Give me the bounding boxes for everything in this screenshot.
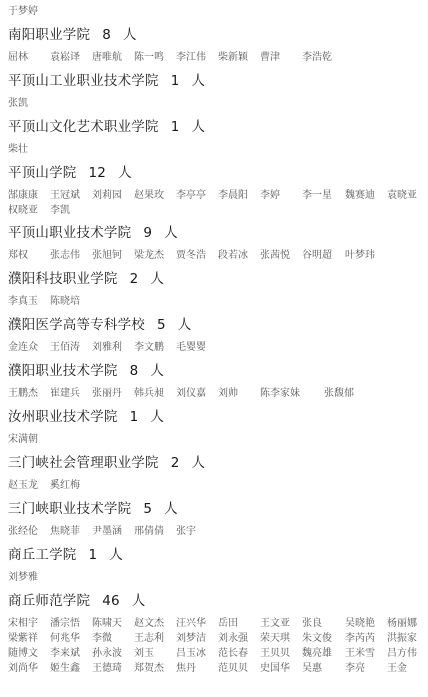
person-name: 张凯 <box>8 96 28 112</box>
student-count: 12 <box>89 163 107 183</box>
school-heading: 平顶山学院12人 <box>8 163 428 183</box>
person-name: 奚红梅 <box>50 478 80 494</box>
school-section: 平顶山文化艺术职业学院1人柴壮 <box>0 117 428 158</box>
person-name: 于梦婷 <box>8 4 38 20</box>
person-name: 王贝贝 <box>260 646 290 662</box>
person-name: 张馥郁 <box>324 386 354 402</box>
count-unit: 人 <box>178 315 192 335</box>
school-section: 平顶山学院12人郜康康王冠斌刘莉园赵果玫李亭亭李晨阳李婷李一星魏赛迪袁晓亚权晓亚… <box>0 163 428 218</box>
count-unit: 人 <box>150 407 164 427</box>
name-list: 刘梦雅 <box>8 570 428 586</box>
school-name: 濮阳职业技术学院 <box>8 363 118 379</box>
student-count: 8 <box>130 361 139 381</box>
person-name: 张茜悦 <box>260 248 290 264</box>
person-name: 宋相宇 <box>8 616 38 632</box>
person-name: 邢倩倩 <box>134 524 164 540</box>
school-heading: 汝州职业技术学院1人 <box>8 407 428 427</box>
person-name: 刘雅利 <box>92 340 122 356</box>
person-name: 刘莉园 <box>92 188 122 204</box>
person-name: 吕方伟 <box>387 646 417 662</box>
student-count: 2 <box>171 453 180 473</box>
school-heading: 濮阳科技职业学院2人 <box>8 269 428 289</box>
name-list: 王鹏杰崔建兵张丽丹韩兵昶刘仪嘉刘帅陈李家妹张馥郁 <box>8 386 428 402</box>
count-unit: 人 <box>150 361 164 381</box>
person-name: 赵玉龙 <box>8 478 38 494</box>
school-section: 三门峡社会管理职业学院2人赵玉龙奚红梅 <box>0 453 428 494</box>
person-name: 陈李家妹 <box>260 386 300 402</box>
school-section: 汝州职业技术学院1人宋满朝 <box>0 407 428 448</box>
name-list: 张经伦焦晓菲尹墨涵邢倩倩张宇 <box>8 524 428 540</box>
school-section: 濮阳医学高等专科学校5人金连众王佰涛刘雅利李文鹏毛婴婴 <box>0 315 428 356</box>
person-name: 郑贺杰 <box>134 661 164 677</box>
person-name: 张志伟 <box>50 248 80 264</box>
school-name: 濮阳医学高等专科学校 <box>8 317 145 333</box>
name-row: 李真玉陈晓培 <box>8 294 428 310</box>
school-heading: 濮阳职业技术学院8人 <box>8 361 428 381</box>
school-heading: 南阳职业学院8人 <box>8 25 428 45</box>
name-row: 赵玉龙奚红梅 <box>8 478 428 494</box>
person-name: 刘尚华 <box>8 661 38 677</box>
person-name: 范贝贝 <box>218 661 248 677</box>
person-name: 王米雪 <box>345 646 375 662</box>
school-name: 平顶山工业职业技术学院 <box>8 73 159 89</box>
name-row: 刘梦雅 <box>8 570 428 586</box>
person-name: 赵果玫 <box>134 188 164 204</box>
person-name: 张丽丹 <box>92 386 122 402</box>
name-row: 刘尚华姬生鑫王德琦郑贺杰焦丹范贝贝史国华吴惠李亮王金 <box>8 661 428 676</box>
person-name: 唐唯航 <box>92 50 122 66</box>
person-name: 李微 <box>92 631 112 647</box>
person-name: 随博文 <box>8 646 38 662</box>
school-heading: 商丘师范学院46人 <box>8 591 428 611</box>
person-name: 李文鹏 <box>134 340 164 356</box>
name-list: 宋相宇潘宗悟陈啸天赵文杰汪兴华岳田王文亚张良吴晓艳杨丽娜梁紫祥何兆华李微王志利刘… <box>8 616 428 676</box>
person-name: 刘仪嘉 <box>176 386 206 402</box>
name-row: 张经伦焦晓菲尹墨涵邢倩倩张宇 <box>8 524 428 540</box>
school-name: 汝州职业技术学院 <box>8 409 118 425</box>
count-unit: 人 <box>164 499 178 519</box>
school-section: 商丘工学院1人刘梦雅 <box>0 545 428 586</box>
person-name: 李一星 <box>302 188 332 204</box>
person-name: 王鹏杰 <box>8 386 38 402</box>
person-name: 李真玉 <box>8 294 38 310</box>
name-list: 郜康康王冠斌刘莉园赵果玫李亭亭李晨阳李婷李一星魏赛迪袁晓亚权晓亚李凯 <box>8 188 428 218</box>
school-heading: 商丘工学院1人 <box>8 545 428 565</box>
person-name: 段若冰 <box>218 248 248 264</box>
person-name: 吴晓艳 <box>345 616 375 632</box>
person-name: 史国华 <box>260 661 290 677</box>
person-name: 宋满朝 <box>8 432 38 448</box>
person-name: 郜康康 <box>8 188 38 204</box>
name-row: 梁紫祥何兆华李微王志利刘梦洁刘永强荣天琪朱文俊李芮芮洪振家 <box>8 631 428 646</box>
student-count: 1 <box>89 545 98 565</box>
person-name: 潘宗悟 <box>50 616 80 632</box>
person-name: 岳田 <box>218 616 238 632</box>
school-name: 三门峡社会管理职业学院 <box>8 455 159 471</box>
name-row: 宋相宇潘宗悟陈啸天赵文杰汪兴华岳田王文亚张良吴晓艳杨丽娜 <box>8 616 428 631</box>
count-unit: 人 <box>118 163 132 183</box>
person-name: 尹墨涵 <box>92 524 122 540</box>
person-name: 王金 <box>387 661 407 677</box>
name-row: 郜康康王冠斌刘莉园赵果玫李亭亭李晨阳李婷李一星魏赛迪袁晓亚 <box>8 188 428 203</box>
person-name: 陈啸天 <box>92 616 122 632</box>
person-name: 张旭钶 <box>92 248 122 264</box>
name-list: 金连众王佰涛刘雅利李文鹏毛婴婴 <box>8 340 428 356</box>
person-name: 李来斌 <box>50 646 80 662</box>
person-name: 陈晓培 <box>50 294 80 310</box>
school-name: 三门峡职业技术学院 <box>8 501 131 517</box>
name-list: 赵玉龙奚红梅 <box>8 478 428 494</box>
name-list: 屈林袁崧译唐唯航陈一鸣李江伟柴新颖曹津李浩乾 <box>8 50 428 66</box>
name-list: 李真玉陈晓培 <box>8 294 428 310</box>
person-name: 柴新颖 <box>218 50 248 66</box>
person-name: 李浩乾 <box>302 50 332 66</box>
person-name: 袁晓亚 <box>387 188 417 204</box>
name-row: 张凯 <box>8 96 428 112</box>
person-name: 贾冬浩 <box>176 248 206 264</box>
name-row: 权晓亚李凯 <box>8 203 428 218</box>
name-row: 柴壮 <box>8 142 428 158</box>
student-count: 46 <box>102 591 120 611</box>
school-name: 濮阳科技职业学院 <box>8 271 118 287</box>
person-name: 范长春 <box>218 646 248 662</box>
person-name: 权晓亚 <box>8 203 38 219</box>
person-name: 陈一鸣 <box>134 50 164 66</box>
person-name: 刘梦雅 <box>8 570 38 586</box>
school-section: 平顶山工业职业技术学院1人张凯 <box>0 71 428 112</box>
person-name: 郑权 <box>8 248 28 264</box>
count-unit: 人 <box>192 117 206 137</box>
person-name: 谷明超 <box>302 248 332 264</box>
name-row: 郑权张志伟张旭钶梁龙杰贾冬浩段若冰张茜悦谷明超叶梦玮 <box>8 248 428 264</box>
person-name: 张宇 <box>176 524 196 540</box>
person-name: 焦丹 <box>176 661 196 677</box>
student-count: 9 <box>143 223 152 243</box>
count-unit: 人 <box>164 223 178 243</box>
name-row: 随博文李来斌孙永波刘玉吕玉冰范长春王贝贝魏亮雄王米雪吕方伟 <box>8 646 428 661</box>
school-section: 南阳职业学院8人屈林袁崧译唐唯航陈一鸣李江伟柴新颖曹津李浩乾 <box>0 25 428 66</box>
person-name: 洪振家 <box>387 631 417 647</box>
document-page: 于梦婷南阳职业学院8人屈林袁崧译唐唯航陈一鸣李江伟柴新颖曹津李浩乾平顶山工业职业… <box>0 0 428 676</box>
person-name: 李婷 <box>260 188 280 204</box>
person-name: 焦晓菲 <box>50 524 80 540</box>
person-name: 李亭亭 <box>176 188 206 204</box>
person-name: 王志利 <box>134 631 164 647</box>
person-name: 吕玉冰 <box>176 646 206 662</box>
person-name: 王德琦 <box>92 661 122 677</box>
name-list: 郑权张志伟张旭钶梁龙杰贾冬浩段若冰张茜悦谷明超叶梦玮 <box>8 248 428 264</box>
person-name: 王冠斌 <box>50 188 80 204</box>
person-name: 李凯 <box>50 203 70 219</box>
person-name: 吴惠 <box>302 661 322 677</box>
school-section: 濮阳科技职业学院2人李真玉陈晓培 <box>0 269 428 310</box>
school-name: 商丘工学院 <box>8 547 77 563</box>
school-heading: 平顶山工业职业技术学院1人 <box>8 71 428 91</box>
school-heading: 平顶山职业技术学院9人 <box>8 223 428 243</box>
person-name: 孙永波 <box>92 646 122 662</box>
name-list: 柴壮 <box>8 142 428 158</box>
person-name: 张良 <box>302 616 322 632</box>
person-name: 韩兵昶 <box>134 386 164 402</box>
school-heading: 濮阳医学高等专科学校5人 <box>8 315 428 335</box>
person-name: 毛婴婴 <box>176 340 206 356</box>
student-count: 1 <box>171 117 180 137</box>
person-name: 何兆华 <box>50 631 80 647</box>
name-list: 张凯 <box>8 96 428 112</box>
person-name: 梁紫祥 <box>8 631 38 647</box>
school-name: 平顶山职业技术学院 <box>8 225 131 241</box>
person-name: 荣天琪 <box>260 631 290 647</box>
school-section: 濮阳职业技术学院8人王鹏杰崔建兵张丽丹韩兵昶刘仪嘉刘帅陈李家妹张馥郁 <box>0 361 428 402</box>
student-count: 1 <box>130 407 139 427</box>
count-unit: 人 <box>132 591 146 611</box>
student-count: 8 <box>102 25 111 45</box>
person-name: 刘玉 <box>134 646 154 662</box>
school-heading: 三门峡职业技术学院5人 <box>8 499 428 519</box>
person-name: 崔建兵 <box>50 386 80 402</box>
school-name: 商丘师范学院 <box>8 593 90 609</box>
name-row: 宋满朝 <box>8 432 428 448</box>
person-name: 杨丽娜 <box>387 616 417 632</box>
person-name: 赵文杰 <box>134 616 164 632</box>
count-unit: 人 <box>123 25 137 45</box>
person-name: 李芮芮 <box>345 631 375 647</box>
person-name: 张经伦 <box>8 524 38 540</box>
person-name: 金连众 <box>8 340 38 356</box>
student-count: 2 <box>130 269 139 289</box>
name-list-top: 于梦婷 <box>8 4 428 20</box>
person-name: 魏亮雄 <box>302 646 332 662</box>
name-list: 宋满朝 <box>8 432 428 448</box>
count-unit: 人 <box>109 545 123 565</box>
person-name: 王文亚 <box>260 616 290 632</box>
person-name: 姬生鑫 <box>50 661 80 677</box>
student-count: 5 <box>143 499 152 519</box>
name-row: 屈林袁崧译唐唯航陈一鸣李江伟柴新颖曹津李浩乾 <box>8 50 428 66</box>
person-name: 屈林 <box>8 50 28 66</box>
person-name: 柴壮 <box>8 142 28 158</box>
person-name: 叶梦玮 <box>345 248 375 264</box>
person-name: 王佰涛 <box>50 340 80 356</box>
person-name: 刘帅 <box>218 386 238 402</box>
person-name: 李亮 <box>345 661 365 677</box>
school-heading: 三门峡社会管理职业学院2人 <box>8 453 428 473</box>
count-unit: 人 <box>150 269 164 289</box>
school-section: 商丘师范学院46人宋相宇潘宗悟陈啸天赵文杰汪兴华岳田王文亚张良吴晓艳杨丽娜梁紫祥… <box>0 591 428 676</box>
count-unit: 人 <box>192 71 206 91</box>
student-count: 5 <box>157 315 166 335</box>
person-name: 曹津 <box>260 50 280 66</box>
student-count: 1 <box>171 71 180 91</box>
person-name: 梁龙杰 <box>134 248 164 264</box>
school-section: 三门峡职业技术学院5人张经伦焦晓菲尹墨涵邢倩倩张宇 <box>0 499 428 540</box>
school-name: 南阳职业学院 <box>8 27 90 43</box>
count-unit: 人 <box>192 453 206 473</box>
school-name: 平顶山学院 <box>8 165 77 181</box>
person-name: 李江伟 <box>176 50 206 66</box>
person-name: 魏赛迪 <box>345 188 375 204</box>
school-name: 平顶山文化艺术职业学院 <box>8 119 159 135</box>
person-name: 李晨阳 <box>218 188 248 204</box>
school-section: 平顶山职业技术学院9人郑权张志伟张旭钶梁龙杰贾冬浩段若冰张茜悦谷明超叶梦玮 <box>0 223 428 264</box>
school-heading: 平顶山文化艺术职业学院1人 <box>8 117 428 137</box>
person-name: 刘永强 <box>218 631 248 647</box>
name-row: 金连众王佰涛刘雅利李文鹏毛婴婴 <box>8 340 428 356</box>
person-name: 朱文俊 <box>302 631 332 647</box>
person-name: 刘梦洁 <box>176 631 206 647</box>
person-name: 汪兴华 <box>176 616 206 632</box>
person-name: 袁崧译 <box>50 50 80 66</box>
name-row: 王鹏杰崔建兵张丽丹韩兵昶刘仪嘉刘帅陈李家妹张馥郁 <box>8 386 428 402</box>
